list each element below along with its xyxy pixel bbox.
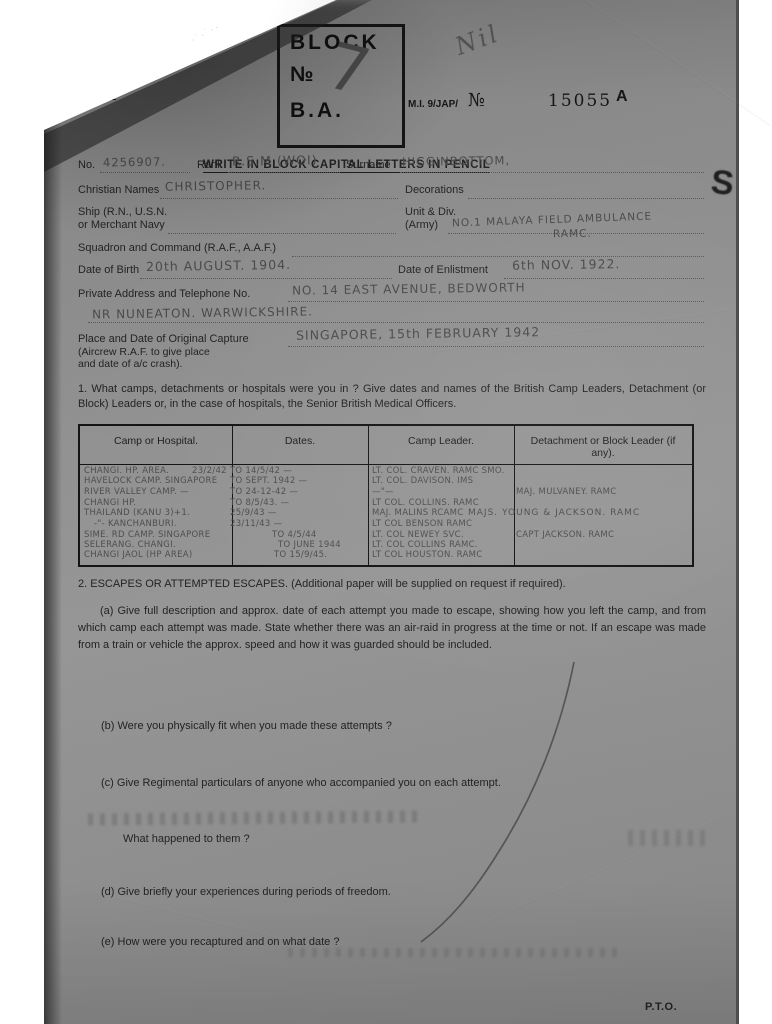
leader-cell: LT. COL NEWEY SVC. xyxy=(372,530,464,540)
table-header-detachment: Detachment or Block Leader (if any). xyxy=(524,435,682,459)
camp-table-row: RIVER VALLEY CAMP. — TO 24-12-42 — —"— M… xyxy=(80,487,692,498)
camp-cell: CHANGI HP. xyxy=(84,498,136,508)
dotted-rule xyxy=(292,255,704,257)
question-2c-text: (c) Give Regimental particulars of anyon… xyxy=(101,777,501,789)
question-2c-followup-text: What happened to them ? xyxy=(123,833,250,845)
page-edge-mark: S xyxy=(709,163,736,204)
stamp-no-label: № xyxy=(290,63,316,87)
rank-label: Rank xyxy=(197,159,223,171)
dotted-rule xyxy=(140,277,392,279)
camp-table-row: THAILAND (KANU 3)+1. 25/9/43 — MAJ. MALI… xyxy=(80,508,692,519)
capture-note-line2: and date of a/c crash). xyxy=(78,358,182,370)
no-label: No. xyxy=(78,159,95,171)
surname-value: HIGGINBOTTOM, xyxy=(402,153,510,169)
detachment-cell: MAJS. YOUNG & JACKSON. RAMC xyxy=(468,508,640,518)
dates-cell: TO 24-12-42 — xyxy=(230,487,298,497)
leader-cell: LT. COL COLLINS RAMC. xyxy=(372,540,478,550)
detachment-cell: CAPT JACKSON. RAMC xyxy=(516,530,614,540)
unit-div-label-line2: (Army) xyxy=(405,219,438,231)
dates-cell: TO JUNE 1944 xyxy=(278,540,341,550)
camp-cell: HAVELOCK CAMP. SINGAPORE xyxy=(84,476,217,486)
dotted-rule xyxy=(504,277,704,279)
camp-cell: THAILAND (KANU 3)+1. xyxy=(84,508,190,518)
dotted-rule xyxy=(228,171,340,173)
dotted-rule xyxy=(88,321,704,323)
unit-div-value-line2: RAMC. xyxy=(553,228,592,241)
table-header-dates: Dates. xyxy=(232,435,368,447)
leader-cell: LT. COL. CRAVEN. RAMC SMO. xyxy=(372,466,505,476)
camp-cell: SIME. RD CAMP. SINGAPORE xyxy=(84,530,210,540)
table-header-divider xyxy=(80,464,692,465)
dotted-rule xyxy=(100,171,190,173)
camp-cell: -"- KANCHANBURI. xyxy=(94,519,177,529)
serial-number: 15055 xyxy=(548,91,612,111)
dates-cell: TO SEPT. 1942 — xyxy=(230,476,307,486)
decorations-label: Decorations xyxy=(405,184,464,196)
leader-cell: LT COL BENSON RAMC xyxy=(372,519,472,529)
capture-label: Place and Date of Original Capture xyxy=(78,333,249,345)
surname-label: Surname xyxy=(346,159,391,171)
date-of-birth-value: 20th AUGUST. 1904. xyxy=(146,257,291,274)
dates-cell: TO 15/9/45. xyxy=(274,550,327,560)
dotted-rule xyxy=(468,197,704,199)
private-address-label: Private Address and Telephone No. xyxy=(78,288,250,300)
camp-cell: RIVER VALLEY CAMP. — xyxy=(84,487,189,497)
christian-names-label: Christian Names xyxy=(78,184,159,196)
detachment-cell: MAJ. MULVANEY. RAMC xyxy=(516,487,616,497)
date-of-enlistment-value: 6th NOV. 1922. xyxy=(512,256,621,273)
leader-cell: —"— xyxy=(372,487,394,497)
unit-div-label-line1: Unit & Div. xyxy=(405,206,456,218)
dates-cell: 23/11/43 — xyxy=(230,519,282,529)
question-2-heading: 2. ESCAPES OR ATTEMPTED ESCAPES. (Additi… xyxy=(78,578,566,590)
camp-cell: CHANGI. HP. AREA. xyxy=(84,466,169,476)
dates-cell: TO 8/5/43. — xyxy=(230,498,289,508)
dates-cell: 23/2/42 TO 14/5/42 — xyxy=(192,466,292,476)
dates-cell: TO 4/5/44 xyxy=(272,530,317,540)
dotted-rule xyxy=(288,345,704,347)
ship-label-line2: or Merchant Navy xyxy=(78,219,165,231)
form-reference: M.I. 9/JAP/ xyxy=(408,99,458,110)
question-2e-text: (e) How were you recaptured and on what … xyxy=(101,936,339,948)
camp-cell: CHANGI JAOL (HP AREA) xyxy=(84,550,193,560)
christian-names-value: CHRISTOPHER. xyxy=(165,178,266,193)
block-number-stamp: BLOCK № B.A. 7 xyxy=(277,24,405,148)
dotted-rule xyxy=(400,171,704,173)
dotted-rule xyxy=(160,197,398,199)
question-1-text: 1. What camps, detachments or hospitals … xyxy=(78,382,706,412)
camp-table-row: -"- KANCHANBURI. 23/11/43 — LT COL BENSO… xyxy=(80,519,692,530)
question-2d-text: (d) Give briefly your experiences during… xyxy=(101,886,391,898)
table-header-camp: Camp or Hospital. xyxy=(80,435,232,447)
dotted-rule xyxy=(288,300,704,302)
leader-cell: LT COL HOUSTON. RAMC xyxy=(372,550,483,560)
question-2a-text: (a) Give full description and approx. da… xyxy=(78,603,706,654)
leader-cell: MAJ. MALINS RCAMC xyxy=(372,508,464,518)
date-of-birth-label: Date of Birth xyxy=(78,264,139,276)
question-2b-text: (b) Were you physically fit when you mad… xyxy=(101,720,392,732)
dotted-rule xyxy=(168,232,396,234)
camp-table-row: HAVELOCK CAMP. SINGAPORE TO SEPT. 1942 —… xyxy=(80,476,692,487)
fold-faint-marks: ·˙·˙·· xyxy=(189,21,222,46)
squadron-command-label: Squadron and Command (R.A.F., A.A.F.) xyxy=(78,242,276,254)
series-letter: A xyxy=(616,88,628,106)
rank-value: R.S.M (WOI) xyxy=(232,152,318,168)
leader-cell: LT COL. COLLINS. RAMC xyxy=(372,498,479,508)
leader-cell: LT. COL. DAVISON. IMS xyxy=(372,476,473,486)
ship-label-line1: Ship (R.N., U.S.N. xyxy=(78,206,167,218)
camp-cell: SELERANG. CHANGI. xyxy=(84,540,176,550)
pto-label: P.T.O. xyxy=(645,1001,677,1013)
dates-cell: 25/9/43 — xyxy=(230,508,277,518)
no-value: 4256907. xyxy=(103,155,166,170)
table-header-leader: Camp Leader. xyxy=(368,435,514,447)
dotted-rule xyxy=(448,232,704,234)
camp-table: Camp or Hospital. Dates. Camp Leader. De… xyxy=(78,424,694,567)
date-of-enlistment-label: Date of Enlistment xyxy=(398,264,488,276)
capture-note-line1: (Aircrew R.A.F. to give place xyxy=(78,346,210,358)
camp-table-row: CHANGI JAOL (HP AREA) TO 15/9/45. LT COL… xyxy=(80,550,692,561)
serial-no-sign: № xyxy=(468,90,485,111)
